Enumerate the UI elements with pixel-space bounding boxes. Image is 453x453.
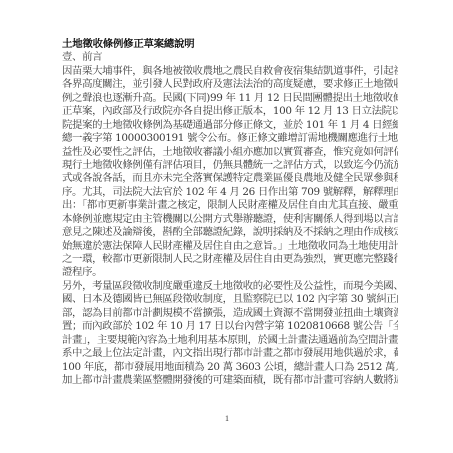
section-heading: 壹、前言 <box>62 51 398 64</box>
paragraph-line: 正草案，內政部及行政院亦各自提出修正版本，100 年 12 月 13 日立法院以… <box>62 105 398 118</box>
paragraph-line: 院提案的土地徵收條例為基礎通過部分修正條文，並於 101 年 1 月 4 日經總… <box>62 119 398 132</box>
paragraph-line: 國、日本及德國皆已無區段徵收制度，且監察院已以 102 內字第 30 號糾正內政 <box>62 293 398 306</box>
document-body: 土地徵收條例修正草案總說明 壹、前言 因苗栗大埔事件，與各地被徵收農地之農民自救… <box>62 38 398 387</box>
paragraph-line: 式或各說各話，而且亦未完全落實保護特定農業區優良農地及健全民眾參與程 <box>62 172 398 185</box>
paragraph-line: 100 年底，都市發展用地面積為 20 萬 3603 公頃，總計畫人口為 251… <box>62 361 398 374</box>
paragraph-line: 證程序。 <box>62 266 398 279</box>
paragraph-line: 始無違於憲法保障人民財產權及居住自由之意旨。」土地徵收同為土地使用計畫 <box>62 240 398 253</box>
paragraph-line: 總一義字第 10000300191 號令公布。修正條文雖增訂需地機關應進行土地徵… <box>62 132 398 145</box>
paragraph-line: 例之聲浪也逐漸升高。民國(下同)99 年 11 月 12 日民間團體提出土地徵收… <box>62 92 398 105</box>
document-page: 土地徵收條例修正草案總說明 壹、前言 因苗栗大埔事件，與各地被徵收農地之農民自救… <box>0 0 453 453</box>
paragraph-line: 部，認為目前都市計劃規模不當擴張，造成國土資源不當開發並扭曲土壤資源配 <box>62 307 398 320</box>
paragraph-line: 序。尤其，司法院大法官於 102 年 4 月 26 日作出第 709 號解釋，解… <box>62 186 398 199</box>
paragraph-line: 計畫」，主要規範內容為土地利用基本原則，於國土計畫法通過前為空間計畫體 <box>62 334 398 347</box>
paragraph-line: 出：「都市更新事業計畫之核定，限制人民財產權及居住自由尤其直接、嚴重， <box>62 199 398 212</box>
paragraph-line: 加上都市計畫農業區整體開發後的可建築面積，既有都市計畫可容納人數將近 <box>62 374 398 387</box>
paragraph-line: 之一環，較都市更新限制人民之財產權及居住自由更為強烈，實更應完整踐行聽 <box>62 253 398 266</box>
paragraph-line: 益性及必要性之評估，土地徵收審議小組亦應加以實質審查，惟究竟如何評估， <box>62 146 398 159</box>
page-number: 1 <box>222 414 232 423</box>
document-title: 土地徵收條例修正草案總說明 <box>62 38 398 51</box>
paragraph-line: 意見之陳述及論辯後，斟酌全部聽證紀錄，說明採納及不採納之理由作成核定， <box>62 226 398 239</box>
paragraph-line: 各界高度關注，並引發人民對政府及憲法法治的高度疑慮，要求修正土地徵收條 <box>62 78 398 91</box>
paragraph-line: 系中之最上位法定計畫，內文指出現行都市計畫之都市發展用地供過於求，截至 <box>62 347 398 360</box>
paragraph-line: 因苗栗大埔事件，與各地被徵收農地之農民自救會夜宿集結凱道事件，引起社會 <box>62 65 398 78</box>
paragraph-line: 本條例並應規定由主管機關以公開方式舉辦聽證，使利害關係人得到場以言詞為 <box>62 213 398 226</box>
paragraph-line: 現行土地徵收條例僅有評估項目，仍無具體統一之評估方式，以致迄今仍流於形 <box>62 159 398 172</box>
paragraph-line: 置；而內政部於 102 年 10 月 17 日以台內營字第 1020810668… <box>62 320 398 333</box>
paragraph-line: 另外，考量區段徵收制度嚴重違反土地徵收的必要性及公益性，而現今美國、英 <box>62 280 398 293</box>
